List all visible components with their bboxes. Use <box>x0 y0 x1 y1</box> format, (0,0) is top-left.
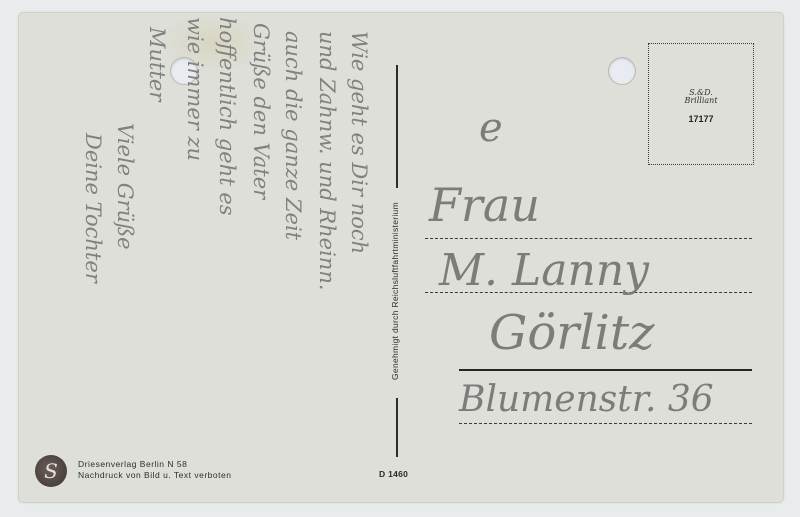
punch-hole-right <box>608 57 636 85</box>
approval-notice: Genehmigt durch Reichsluftfahrtministeri… <box>388 188 402 398</box>
approval-text: Genehmigt durch Reichsluftfahrtministeri… <box>390 186 400 396</box>
address-line-4 <box>459 423 752 424</box>
address-city: Görlitz <box>489 305 654 361</box>
message-line: Deine Tochter <box>81 133 105 283</box>
message-line: hoffentlich geht es <box>215 17 239 216</box>
address-street: Blumenstr. 36 <box>459 379 714 420</box>
postcard: Wie geht es Dir noch und Zahnw. und Rhei… <box>18 12 784 503</box>
message-line: auch die ganze Zeit <box>281 31 305 240</box>
publisher-name: Driesenverlag Berlin N 58 <box>78 459 231 470</box>
message-line: wie immer zu <box>183 17 207 161</box>
message-line: und Zahnw. und Rheinn. <box>315 31 339 291</box>
message-line: Mutter <box>145 27 169 101</box>
message-line: Viele Grüße <box>113 123 137 250</box>
address-name: M. Lanny <box>439 245 649 296</box>
address-salutation: e <box>479 105 503 151</box>
message-line: Grüße den Vater <box>249 23 273 199</box>
publisher-logo-icon: S <box>35 455 67 487</box>
copyright-notice: Nachdruck von Bild u. Text verboten <box>78 470 231 481</box>
stamp-box: S.&D. Brilliant 17177 <box>648 43 754 165</box>
address-line-frau: Frau <box>429 178 540 232</box>
card-number: 17177 <box>649 114 753 124</box>
address-line-1 <box>425 238 752 239</box>
address-line-3 <box>459 369 752 371</box>
card-code: D 1460 <box>379 469 408 479</box>
publisher-imprint: Driesenverlag Berlin N 58 Nachdruck von … <box>78 459 231 480</box>
message-line: Wie geht es Dir noch <box>347 31 371 254</box>
publisher-monogram: S.&D. Brilliant <box>649 89 753 105</box>
